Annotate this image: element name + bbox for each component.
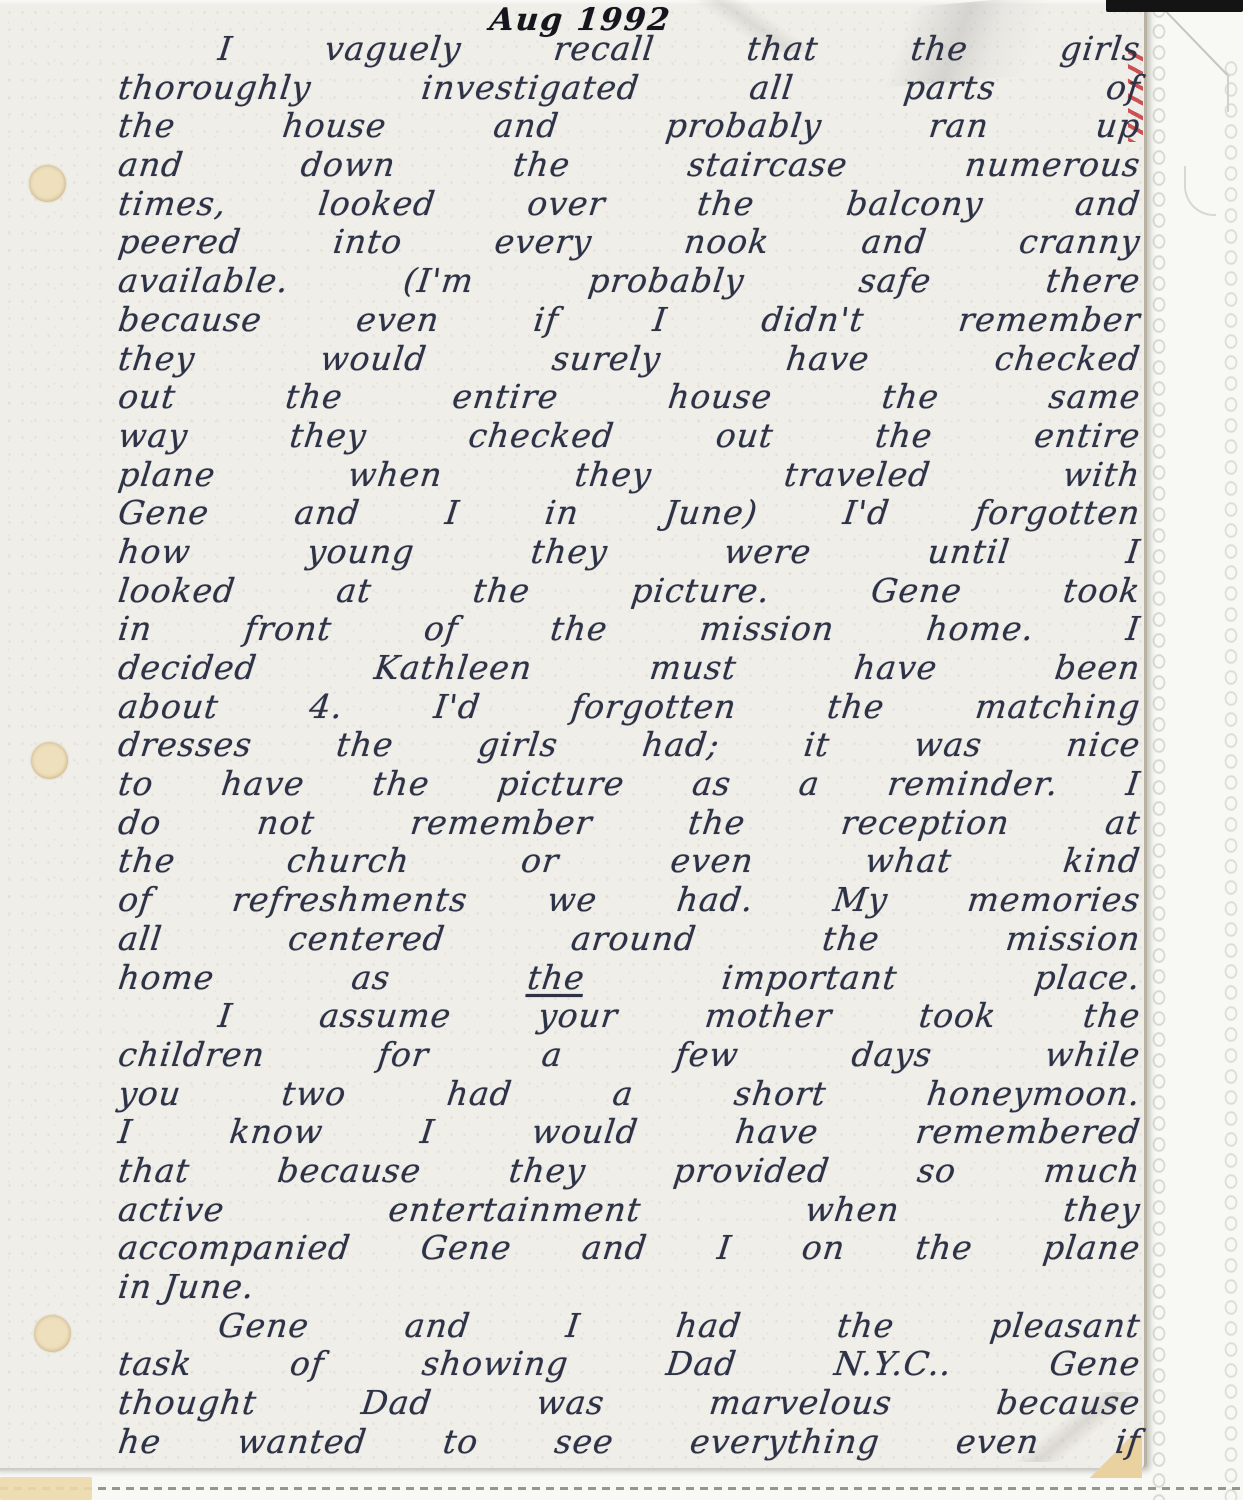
letter-line: about 4. I'd forgotten the matching [116,688,1143,727]
letter-line: the house and probably ran up [116,107,1143,146]
hole-punch-top [29,165,66,202]
letter-line: children for a few days while [116,1036,1143,1075]
letter-line: active entertainment when they [116,1191,1143,1230]
letter-body: I vaguely recall that the girlsthoroughl… [116,30,1138,1461]
letter-paper: Aug 1992 I vaguely recall that the girls… [0,4,1147,1468]
letter-line: all centered around the mission [116,920,1143,959]
letter-line: accompanied Gene and I on the plane [116,1229,1143,1268]
letter-line: I know I would have remembered [116,1113,1143,1152]
letter-line: because even if I didn't remember [116,301,1143,340]
letter-line: they would surely have checked [116,340,1143,379]
letter-line: dresses the girls had; it was nice [116,726,1143,765]
page-curl-mark [1184,166,1216,216]
tan-edge-fragment [0,1477,92,1500]
fold-crease-line [1165,10,1230,78]
letter-line: and down the staircase numerous [116,146,1143,185]
letter-line: times, looked over the balcony and [116,185,1143,224]
letter-line: Gene and I in June) I'd forgotten [116,494,1143,533]
letter-line: looked at the picture. Gene took [116,572,1143,611]
letter-line: do not remember the reception at [116,804,1143,843]
fold-crease-vertical [1227,74,1229,112]
letter-line: way they checked out the entire [116,417,1143,456]
letter-line: I assume your mother took the [116,997,1143,1036]
scanner-edge-strip [1106,0,1243,12]
letter-line: the church or even what kind [116,842,1143,881]
hole-punch-middle [31,742,68,779]
letter-line: peered into every nook and cranny [116,223,1143,262]
letter-line: thought Dad was marvelous because [116,1384,1143,1423]
letter-line: he wanted to see everything even if [116,1423,1143,1462]
letter-line: that because they provided so much [116,1152,1143,1191]
letter-line: you two had a short honeymoon. [116,1075,1143,1114]
bottom-perforation-line [0,1487,1243,1490]
letter-line: task of showing Dad N.Y.C.. Gene [116,1345,1143,1384]
letter-line: in June. [116,1268,1143,1307]
letter-line: Gene and I had the pleasant [116,1307,1143,1346]
letter-line: how young they were until I [116,533,1143,572]
perforation-column-left [1150,0,1168,1500]
letter-line: plane when they traveled with [116,456,1143,495]
letter-line: decided Kathleen must have been [116,649,1143,688]
letter-line: available. (I'm probably safe there [116,262,1143,301]
scanned-letter-page: { "document": { "date_heading": "Aug 199… [0,0,1243,1500]
letter-line: thoroughly investigated all parts of [116,69,1143,108]
letter-line: out the entire house the same [116,378,1143,417]
letter-line: to have the picture as a reminder. I [116,765,1143,804]
letter-line: I vaguely recall that the girls [116,30,1143,69]
letter-line: home as the important place. [116,959,1143,998]
hole-punch-bottom [34,1315,71,1352]
perforation-column-right [1222,58,1240,1500]
letter-line: of refreshments we had. My memories [116,881,1143,920]
letter-line: in front of the mission home. I [116,610,1143,649]
